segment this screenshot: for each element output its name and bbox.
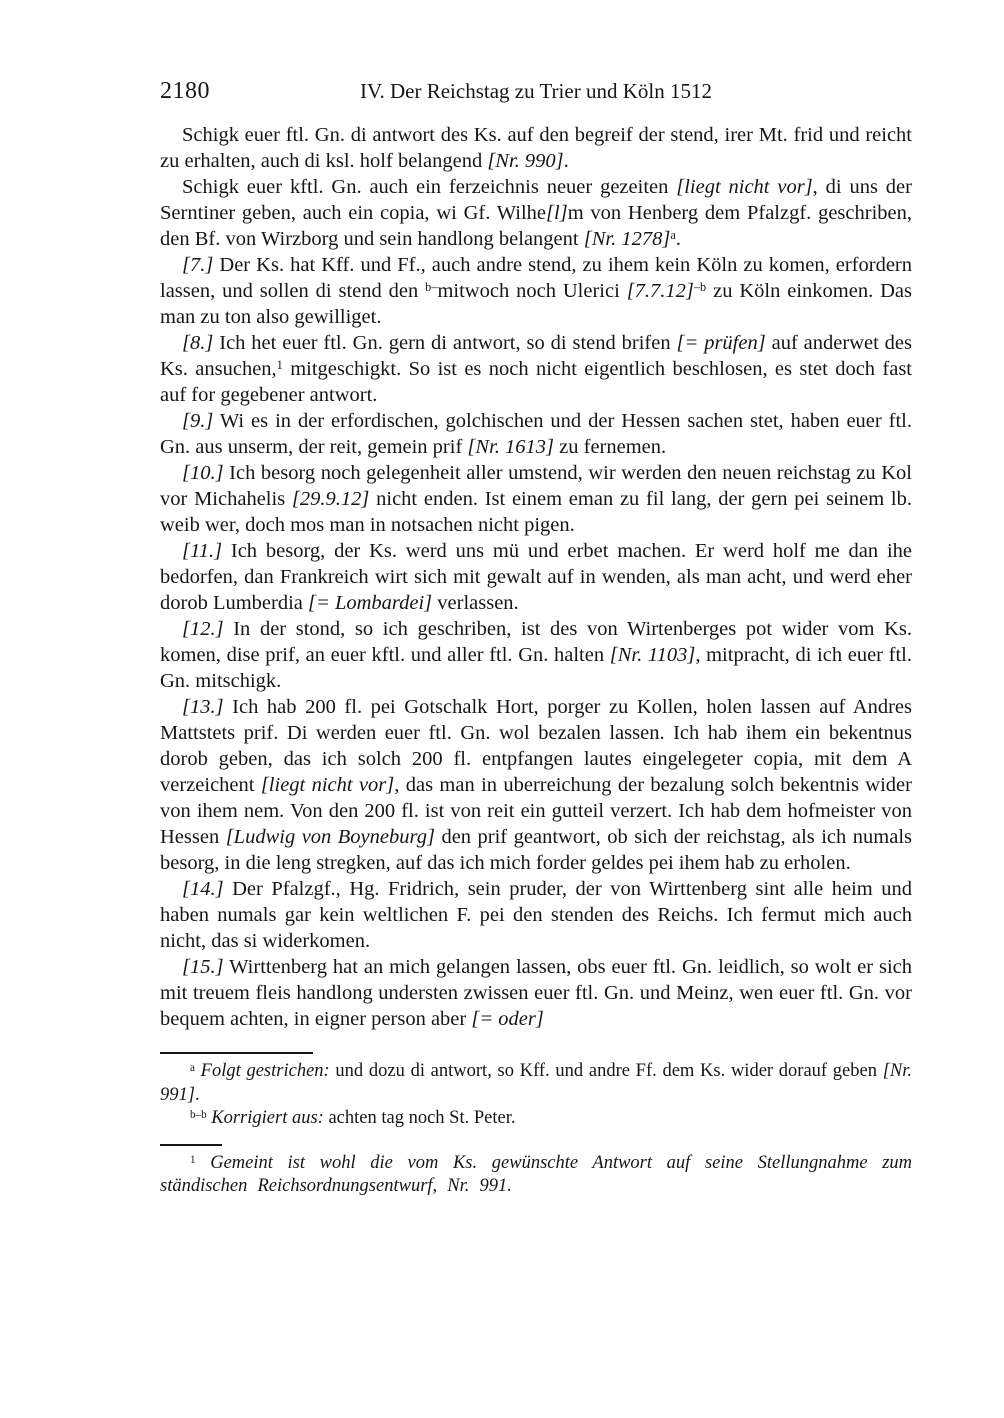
text-run: Gemeint ist wohl die vom Ks. gewünschte … [160, 1153, 912, 1197]
text-run: zu fernemen. [554, 436, 666, 458]
text-run: [7.7.12] [627, 280, 694, 302]
paragraph-1: Schigk euer ftl. Gn. di antwort des Ks. … [160, 122, 912, 174]
page-header: 2180 IV. Der Reichstag zu Trier und Köln… [160, 78, 912, 105]
running-title: IV. Der Reichstag zu Trier und Köln 1512 [160, 78, 912, 105]
note-reference-mark: 1 [277, 358, 283, 372]
text-run: [13.] [182, 696, 224, 718]
text-run: [= Lombardei] [308, 592, 432, 614]
text-run: [liegt nicht vor] [261, 774, 394, 796]
paragraph-14: [14.] Der Pfalzgf., Hg. Fridrich, sein p… [160, 876, 912, 954]
text-run: [29.9.12] [292, 488, 369, 510]
footnote-1: 1 Gemeint ist wohl die vom Ks. gewünscht… [160, 1152, 912, 1199]
text-run: [Nr. 1613] [467, 436, 554, 458]
paragraph-10: [10.] Ich besorg noch gelegenheit aller … [160, 460, 912, 538]
note-reference-mark: a [670, 228, 675, 242]
text-run: Folgt gestrichen: [201, 1061, 330, 1081]
note-reference-mark: b– [425, 280, 437, 294]
paragraph-11: [11.] Ich besorg, der Ks. werd uns mü un… [160, 538, 912, 616]
text-run: [15.] [182, 956, 224, 978]
note-reference-mark: 1 [190, 1154, 196, 1166]
text-run: [l] [546, 202, 568, 224]
note-reference-mark: a [190, 1062, 195, 1074]
footnotes-section: a Folgt gestrichen: und dozu di antwort,… [160, 1052, 912, 1199]
critical-apparatus: a Folgt gestrichen: und dozu di antwort,… [160, 1060, 912, 1131]
text-run: [12.] [182, 618, 224, 640]
body-text: Schigk euer ftl. Gn. di antwort des Ks. … [160, 122, 912, 1032]
text-run: verlassen. [432, 592, 519, 614]
paragraph-13: [13.] Ich hab 200 fl. pei Gotschalk Hort… [160, 694, 912, 876]
text-run: [= oder] [471, 1008, 544, 1030]
text-run: [Nr. 1278] [584, 228, 671, 250]
note-reference-mark: –b [694, 280, 706, 294]
paragraph-7: [7.] Der Ks. hat Kff. und Ff., auch andr… [160, 252, 912, 330]
commentary-separator-rule [160, 1144, 222, 1146]
paragraph-2: Schigk euer kftl. Gn. auch ein ferzeichn… [160, 174, 912, 252]
text-run: Schigk euer kftl. Gn. auch ein ferzeichn… [182, 176, 676, 198]
text-run: mitwoch noch Ulerici [437, 280, 626, 302]
text-run: [Ludwig von Boyneburg] [226, 826, 435, 848]
text-run: und dozu di antwort, so Kff. und andre F… [330, 1061, 883, 1081]
text-run: achten tag noch St. Peter. [324, 1108, 516, 1128]
commentary-notes: 1 Gemeint ist wohl die vom Ks. gewünscht… [160, 1152, 912, 1199]
text-run: [= prüfen] [676, 332, 765, 354]
footnote-b-b: b–b Korrigiert aus: achten tag noch St. … [160, 1107, 912, 1131]
text-run: [9.] [182, 410, 213, 432]
text-run: . [564, 150, 569, 172]
text-run: Der Pfalzgf., Hg. Fridrich, sein pruder,… [160, 878, 912, 952]
document-page: 2180 IV. Der Reichstag zu Trier und Köln… [0, 0, 1004, 1418]
paragraph-9: [9.] Wi es in der erfordischen, golchisc… [160, 408, 912, 460]
text-run: Korrigiert aus: [211, 1108, 324, 1128]
text-run [196, 1153, 211, 1173]
text-run: [14.] [182, 878, 224, 900]
paragraph-12: [12.] In der stond, so ich geschriben, i… [160, 616, 912, 694]
text-run: Ich het euer ftl. Gn. gern di antwort, s… [213, 332, 676, 354]
text-run: [8.] [182, 332, 213, 354]
text-run: Ich besorg, der Ks. werd uns mü und erbe… [160, 540, 912, 614]
text-run: . [676, 228, 681, 250]
text-run: [10.] [182, 462, 224, 484]
text-run: [Nr. 990] [487, 150, 563, 172]
paragraph-15: [15.] Wirttenberg hat an mich gelangen l… [160, 954, 912, 1032]
note-reference-mark: b–b [190, 1109, 207, 1121]
text-run: [liegt nicht vor] [676, 176, 812, 198]
text-run: [7.] [182, 254, 213, 276]
apparatus-separator-rule [160, 1052, 313, 1054]
text-run: [Nr. 1103] [610, 644, 696, 666]
text-run: [11.] [182, 540, 222, 562]
text-run: . [195, 1085, 200, 1105]
footnote-a: a Folgt gestrichen: und dozu di antwort,… [160, 1060, 912, 1107]
paragraph-8: [8.] Ich het euer ftl. Gn. gern di antwo… [160, 330, 912, 408]
